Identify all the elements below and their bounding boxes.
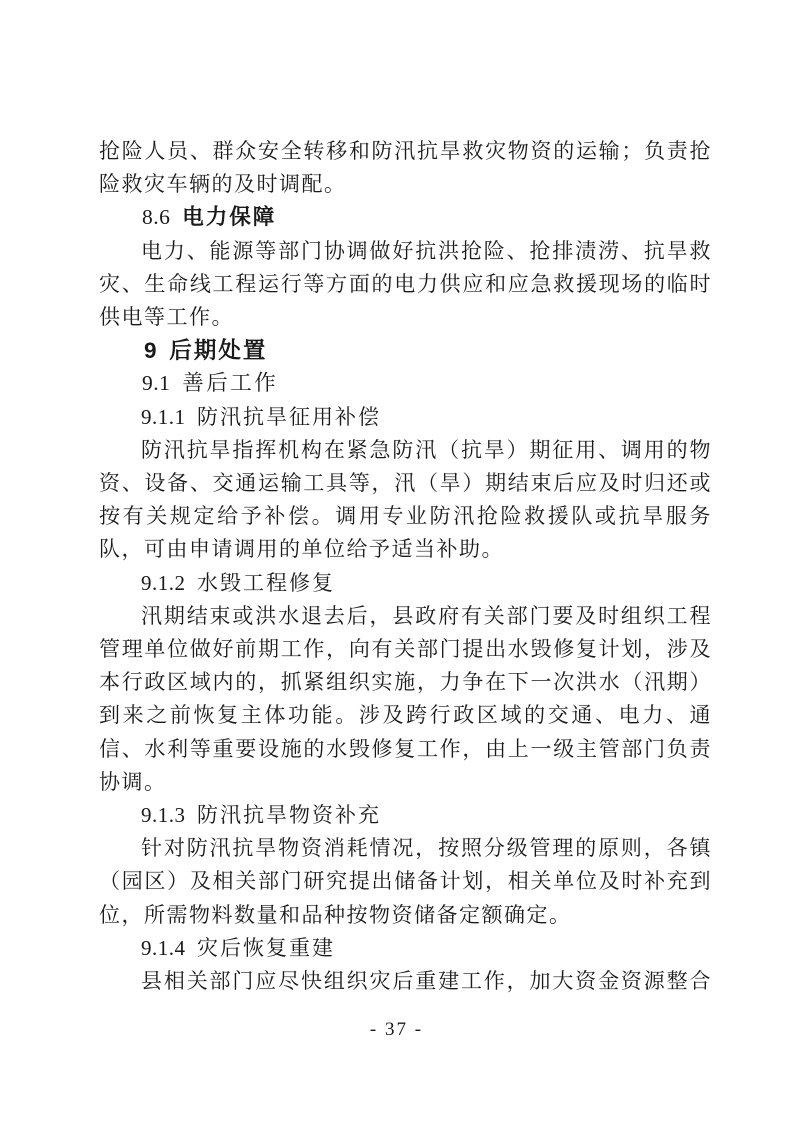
subsection-heading-9-1-2: 9.1.2水毁工程修复 — [99, 567, 712, 600]
subsection-title: 灾后恢复重建 — [197, 936, 335, 960]
section-title: 善后工作 — [182, 371, 278, 395]
section-number: 9.1 — [142, 371, 170, 395]
section-number: 8.6 — [142, 205, 170, 229]
paragraph-requisition-compensation: 防汛抗旱指挥机构在紧急防汛（抗旱）期征用、调用的物资、设备、交通运输工具等，汛（… — [99, 434, 712, 567]
document-page: 抢险人员、群众安全转移和防汛抗旱救灾物资的运输；负责抢险救灾车辆的及时调配。 8… — [0, 0, 793, 1122]
subsection-heading-9-1-3: 9.1.3防汛抗旱物资补充 — [99, 799, 712, 832]
chapter-title: 后期处置 — [169, 338, 267, 363]
paragraph-power-supply: 电力、能源等部门协调做好抗洪抢险、抢排渍涝、抗旱救灾、生命线工程运行等方面的电力… — [99, 235, 712, 335]
section-title: 电力保障 — [182, 205, 276, 229]
section-heading-8-6: 8.6电力保障 — [99, 201, 712, 234]
paragraph-transport-continuation: 抢险人员、群众安全转移和防汛抗旱救灾物资的运输；负责抢险救灾车辆的及时调配。 — [99, 135, 712, 201]
chapter-heading-9: 9后期处置 — [99, 334, 712, 367]
page-body: 抢险人员、群众安全转移和防汛抗旱救灾物资的运输；负责抢险救灾车辆的及时调配。 8… — [99, 135, 712, 998]
subsection-heading-9-1-4: 9.1.4灾后恢复重建 — [99, 932, 712, 965]
subsection-title: 水毁工程修复 — [197, 571, 335, 595]
chapter-number: 9 — [144, 338, 157, 363]
subsection-title: 防汛抗旱物资补充 — [197, 803, 381, 827]
subsection-number: 9.1.4 — [141, 936, 186, 960]
page-number: - 37 - — [0, 1019, 793, 1041]
subsection-title: 防汛抗旱征用补偿 — [197, 405, 381, 429]
paragraph-flood-damage-repair: 汛期结束或洪水退去后，县政府有关部门要及时组织工程管理单位做好前期工作，向有关部… — [99, 600, 712, 799]
subsection-number: 9.1.3 — [141, 803, 186, 827]
section-heading-9-1: 9.1善后工作 — [99, 367, 712, 400]
subsection-number: 9.1.1 — [141, 405, 186, 429]
paragraph-material-replenishment: 针对防汛抗旱物资消耗情况，按照分级管理的原则，各镇（园区）及相关部门研究提出储备… — [99, 832, 712, 932]
subsection-heading-9-1-1: 9.1.1防汛抗旱征用补偿 — [99, 401, 712, 434]
paragraph-post-disaster-reconstruction: 县相关部门应尽快组织灾后重建工作，加大资金资源整合 — [99, 965, 712, 998]
subsection-number: 9.1.2 — [141, 571, 186, 595]
